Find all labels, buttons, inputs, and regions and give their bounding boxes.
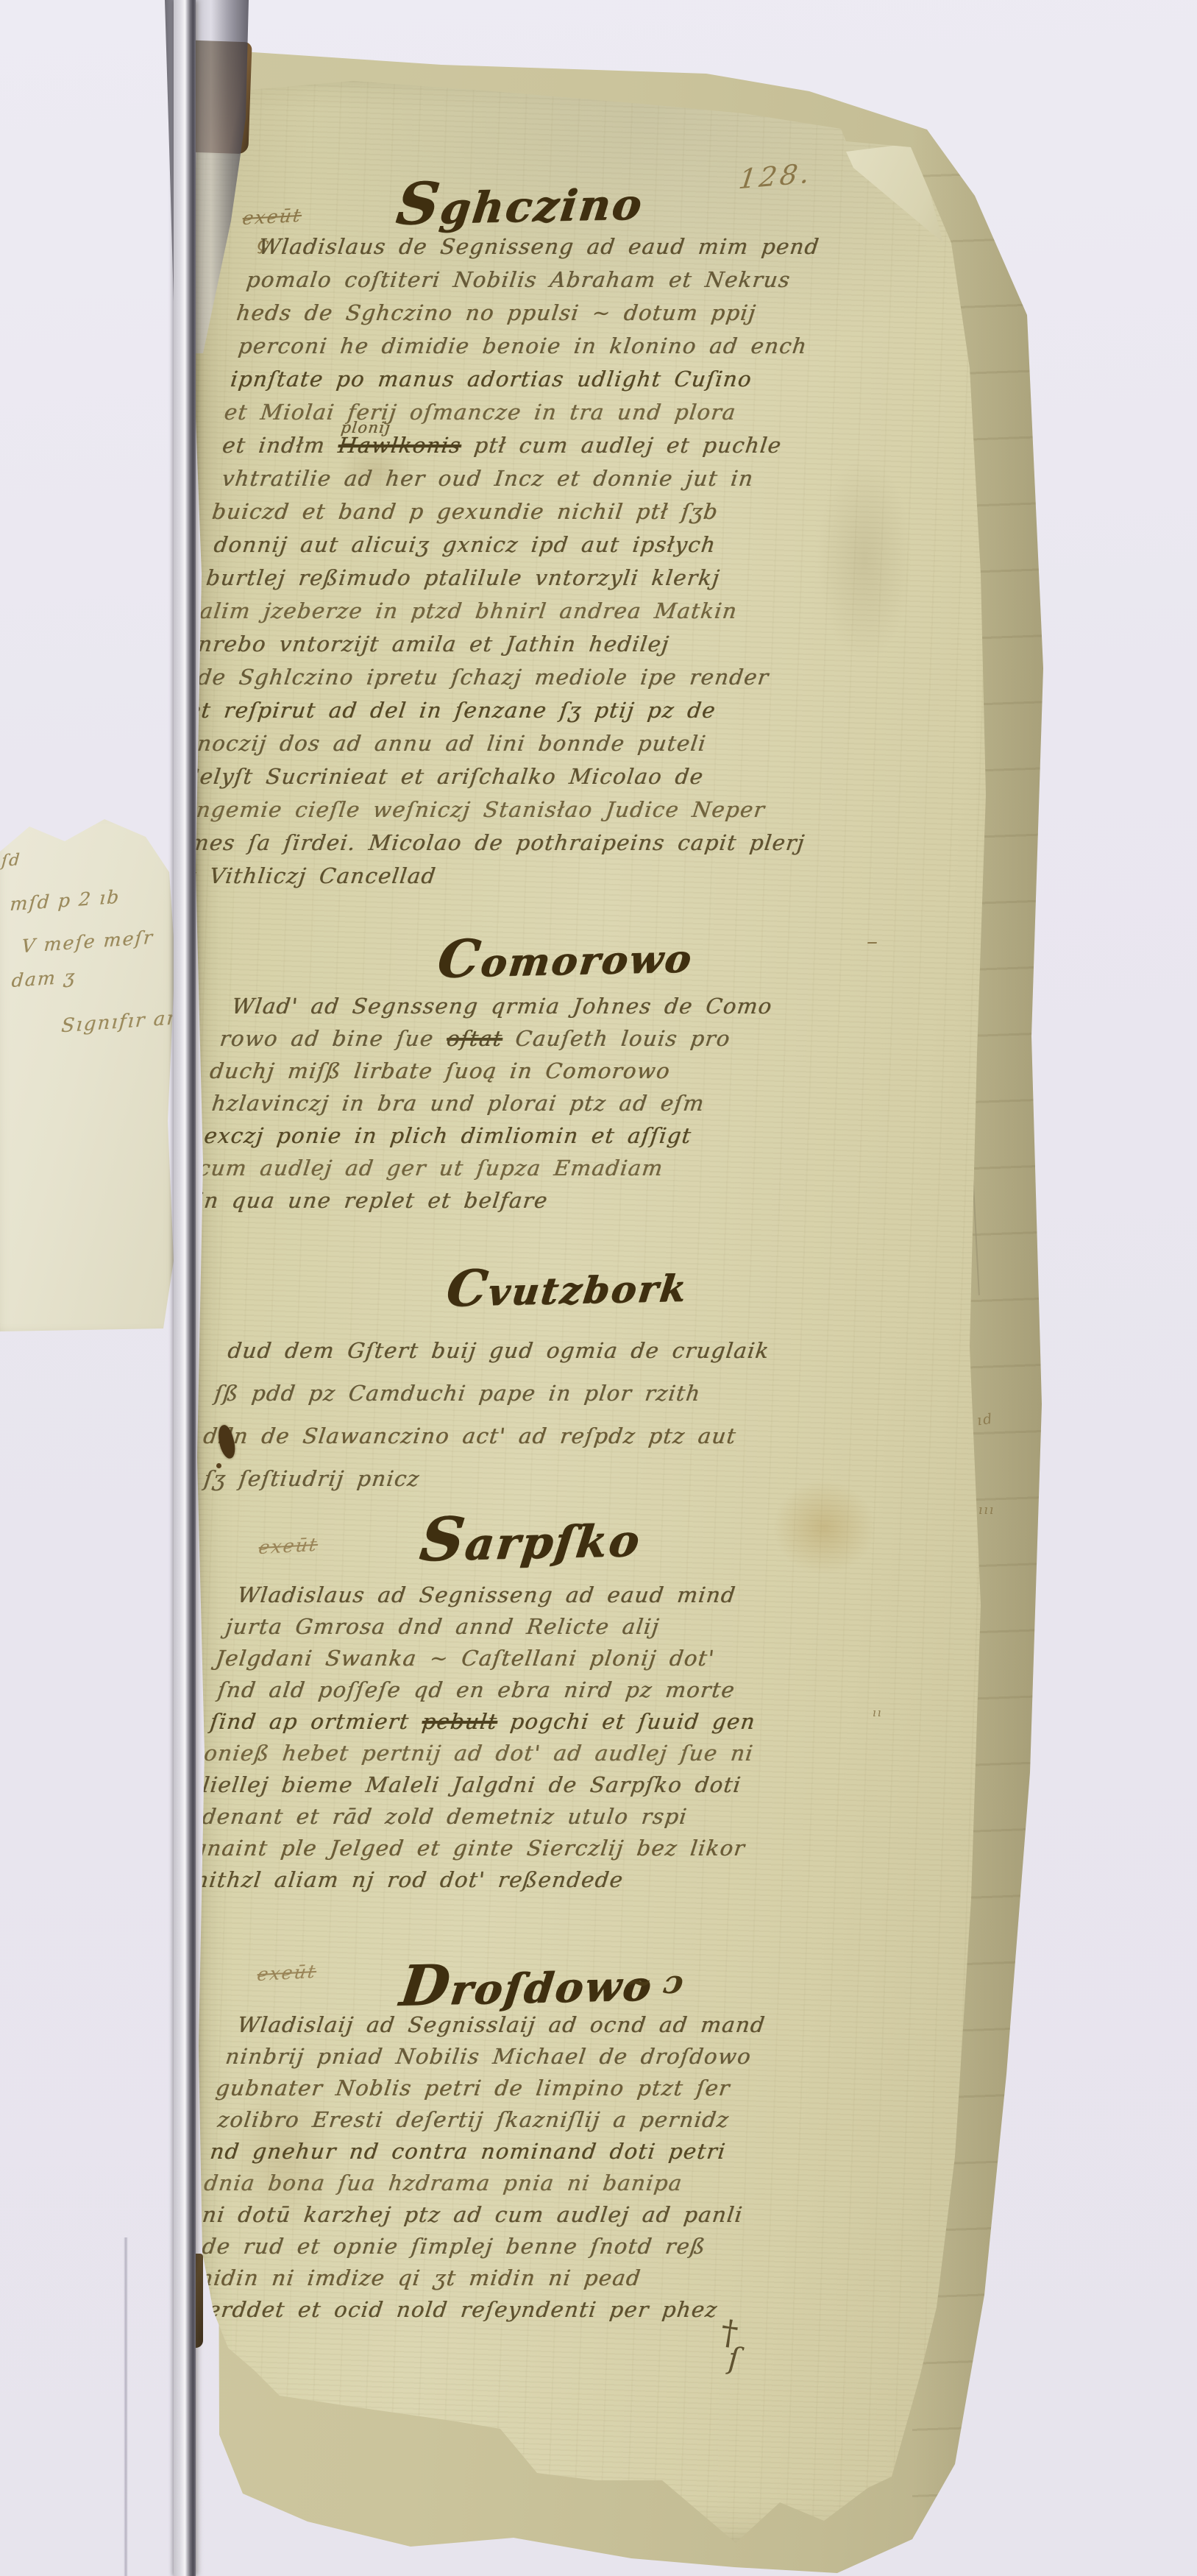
slip-line: V meſe meſr [21,927,154,957]
manuscript-line: dud dem Gſtert buij gud ogmia de cruglai… [225,1329,881,1372]
manuscript-line: ni dotū karzhej ptz ad cum audlej ad pan… [200,2199,866,2231]
manuscript-line: de rud et opnie ſimplej benne ſnotd reß [200,2231,862,2262]
manuscript-line: nithzl aliam nj rod dot' reßendede [193,1864,855,1896]
page-number: 128. [737,158,814,195]
manuscript-line: perconi he dimidie benoie in klonino ad … [236,330,899,363]
quire-edge-mark: ııı [978,1503,995,1518]
end-flourish-mark: ſ [727,2342,740,2377]
manuscript-line: ſnd ald poſſeſe qd en ebra nird pz morte [216,1674,878,1706]
manuscript-line: Wladislaij ad Segnisslaij ad ocnd ad man… [235,2009,889,2041]
manuscript-line: nd gnehur nd contra nominand doti petri [208,2136,874,2168]
backing-sheet-edge [124,2237,128,2576]
manuscript-line: pomalo coſtiteri Nobilis Abraham et Nekr… [244,263,907,297]
manuscript-line: hzlavinczj in bra und plorai ptz ad eſm [210,1087,872,1119]
manuscript-line: et Miolai ferij oſmancze in tra und plor… [222,396,891,429]
line-pre: et indłm [221,433,339,458]
manuscript-line: et reſpirut ad del in ſenzane ſʒ ptij pz… [185,694,854,727]
manuscript-line: Wladislaus de Segnisseng ad eaud mim pen… [257,230,912,263]
margin-edge-mark: ıı [873,1706,883,1719]
manuscript-line: dnia bona ſua hzdrama pnia ni banipa [202,2168,870,2199]
entry-paragraph: dud dem Gſtert buij gud ogmia de cruglai… [198,1329,881,1500]
interlinear-insertion: plonij [339,411,393,445]
manuscript-line: liellej bieme Maleli Jalgdni de Sarpſko … [200,1769,866,1801]
manuscript-line: gubnater Noblis petri de limpino ptzt ſe… [214,2073,882,2104]
manuscript-line: denant et rād zold demetniz utulo rspi [200,1801,862,1833]
manuscript-line: buiczd et band p gexundie nichil ptł ſʒb [210,495,879,528]
section-heading-sarpsko: Sarpſko [416,1501,646,1575]
heading-dash: – [867,929,878,955]
manuscript-line: ipnſtate po manus adortias udlight Cuſin… [229,363,895,396]
section-heading-comorowo: Comorowo [435,923,697,989]
line-pre: ſind ap ortmiert [209,1709,424,1734]
manuscript-line: vhtratilie ad her oud Incz et donnie jut… [220,462,883,495]
manuscript-line: onieß hebet pertnij ad dot' ad audlej ſu… [202,1738,870,1769]
manuscript-line-with-strike: rowo ad bine ſue oſtat Cauſeth louis pro [218,1022,880,1055]
quire-edge-mark: ıd [976,1411,995,1429]
manuscript-line: exczj ponie in plich dimliomin et aſſigt [202,1119,868,1152]
slip-line: mſd p 2 ıb [9,886,121,915]
slip-line: ſd [1,851,21,871]
manuscript-line: de Sghlczino ipretu ſchazj mediole ipe r… [196,661,859,694]
line-pre: rowo ad bine ſue [219,1026,449,1051]
manuscript-line: cingemie cieſle weſniczj Stanisłao Judic… [174,793,842,827]
manuscript-line: midin ni imdize qi ʒt midin ni pead [191,2262,859,2294]
manuscript-line-with-strike: ſind ap ortmiert pebult pogchi et ſuuid … [208,1706,874,1738]
manuscript-line: zolibro Eresti deſertij ſkazniſlij a per… [216,2104,878,2136]
section-heading-drosdowo: Droſdowo [397,1947,657,2018]
manuscript-line: donnij aut alicuiʒ gxnicz ipd aut ipsłyc… [212,528,875,562]
manuscript-line: Jelgdani Swanka ~ Caſtellani plonij dot' [214,1643,882,1674]
manuscript-line: burtlej reßimudo ptalilule vntorzyli kle… [204,562,870,595]
section-heading-sghczino: Sghczino [393,166,647,238]
manuscript-line: Wlad' ad Segnsseng qrmia Johnes de Como [230,990,884,1022]
entry-paragraph: Wlad' ad Segnsseng qrmia Johnes de Como … [194,990,884,1217]
entry-paragraph: Wladislaij ad Segnisslaij ad ocnd ad man… [189,2009,890,2326]
margin-note-exeat: exeūt [257,1534,319,1558]
line-post: ptł cum audlej et puchle [460,433,784,458]
manuscript-line: gmes ſa ſirdei. Micolao de pothraipeins … [171,827,838,860]
manuscript-line: Wladislaus ad Segnisseng ad eaud mind [235,1579,889,1611]
manuscript-line-with-insertion: et indłm Hawlkonis ptł cum audlej et puc… [221,429,887,462]
manuscript-line: gnaint ple Jelged et ginte Sierczlij bez… [191,1833,859,1864]
manuscript-line: ſʒ ſeſtiudrij pnicz [202,1457,865,1500]
manuscript-line: et Vithliczj Cancellad [171,860,834,893]
heading-flourish: ~ ɔ [622,1964,686,2001]
margin-note-exeat: exeūt [256,1961,318,1985]
line-post: pogchi et ſuuid gen [496,1709,757,1734]
manuscript-line: ſß pdd pz Camduchi pape in plor rzith [212,1372,875,1415]
manuscript-line: heds de Sghczino no ppulsi ~ dotum ppij [235,297,903,330]
manuscript-line: ninbrij pniad Nobilis Michael de droſdow… [224,2041,886,2073]
ink-blot-dot [216,1463,221,1468]
manuscript-line: verddet et ocid nold reſeyndenti per phe… [193,2294,855,2326]
cradle-rod [174,0,196,2576]
manuscript-line: in qua une replet et belfare [194,1184,860,1217]
manuscript-line: alim jzeberze in ptzd bhnirl andrea Matk… [198,595,867,628]
manuscript-line: diln de Slawanczino act' ad reſpdz ptz a… [201,1415,870,1457]
manuscript-line: inoczij dos ad annu ad lini bonnde putel… [188,727,850,760]
manuscript-scan: ıd ııı 128. exeūt ç Sghczino Wladislaus … [0,0,1197,2576]
manuscript-line: duchj miſß lirbate ſuoą in Comorowo [208,1055,876,1087]
entry-paragraph: Wladislaus ad Segnisseng ad eaud mind ju… [189,1579,890,1896]
manuscript-line: jurta Gmrosa dnd annd Relicte alij [224,1611,886,1643]
section-heading-cvutzbork: Cvutzbork [444,1255,692,1318]
slip-line: dam ʒ [11,966,77,991]
manuscript-line: nrebo vntorzijt amila et Jathin hedilej [196,628,862,661]
struck-word: oſtat [445,1026,504,1051]
manuscript-line: cum audlej ad ger ut ſupza Emadiam [196,1152,864,1184]
struck-word: pebult [421,1709,499,1734]
margin-note-exeat: exeūt [241,205,303,229]
entry-paragraph: Wladislaus de Segnisseng ad eaud mim pen… [168,230,912,893]
paper-slip: ſd mſd p 2 ıb V meſe meſr dam ʒ Sıgnıfır… [0,804,178,1331]
manuscript-line: Gelyſt Sucrinieat et ariſchalko Micolao … [180,760,846,793]
manuscript-page: 128. exeūt ç Sghczino Wladislaus de Segn… [184,59,1030,2561]
line-post: Cauſeth louis pro [501,1026,732,1051]
